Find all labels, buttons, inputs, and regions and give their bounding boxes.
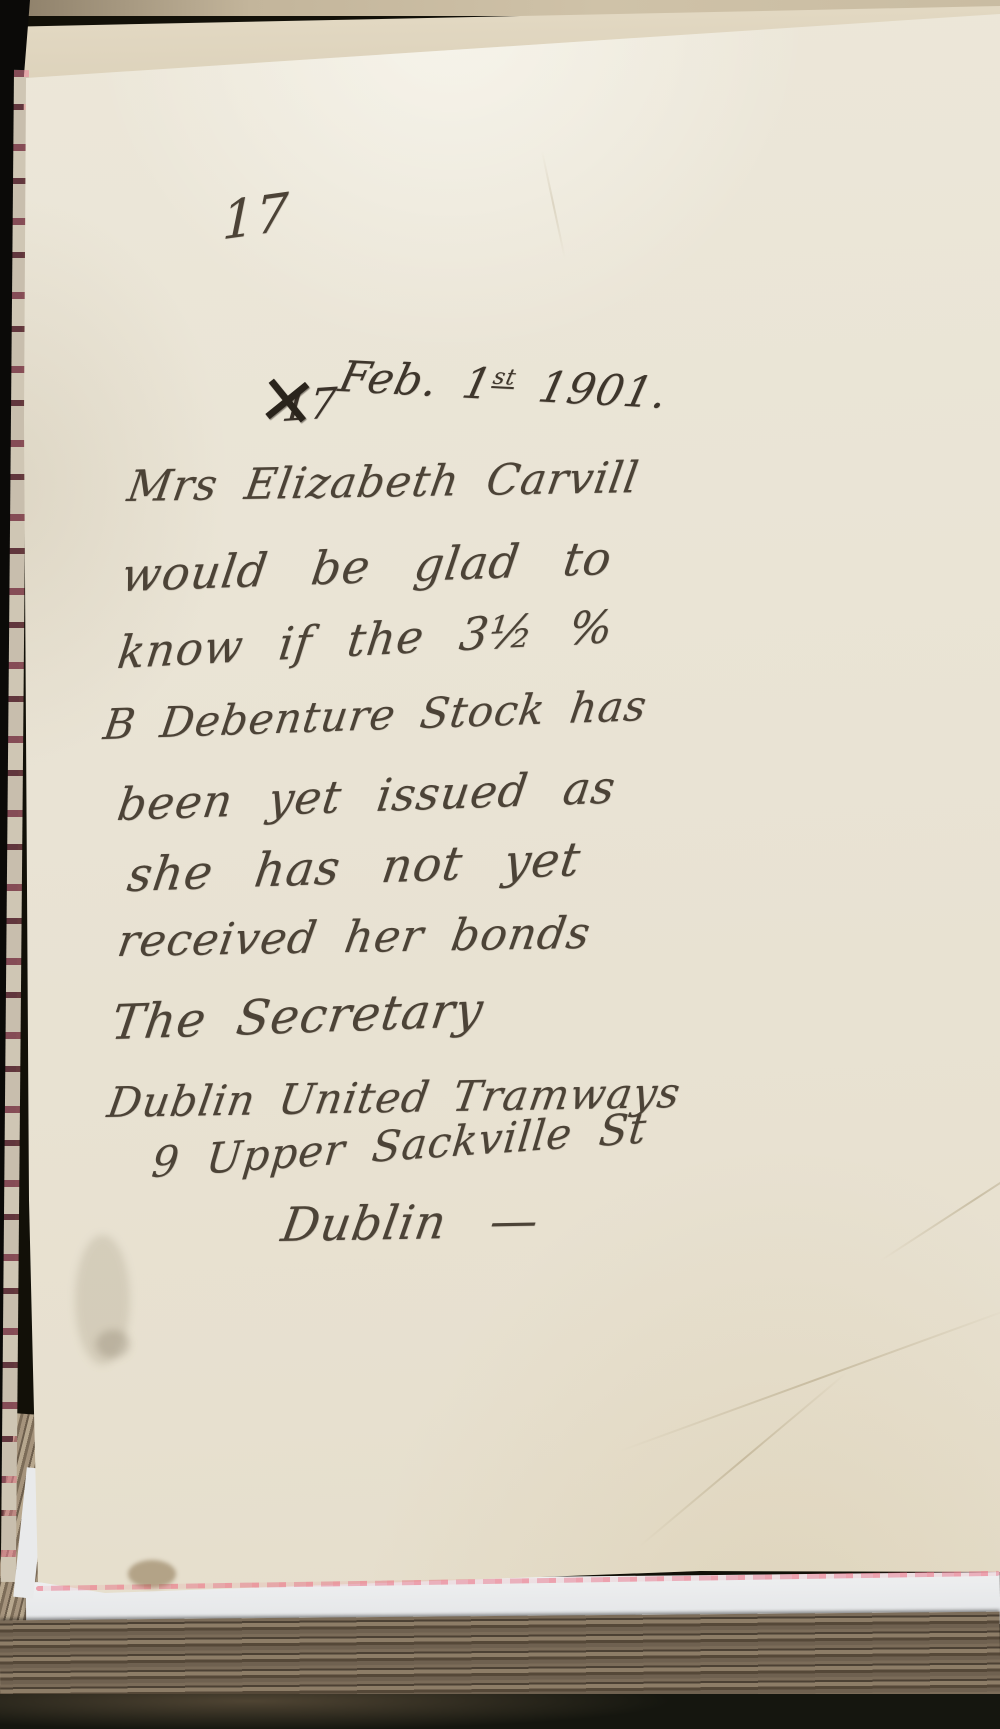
body-line: Mrs Elizabeth Carvill bbox=[124, 453, 642, 512]
letter-book-scan: 17 17 ✕ Feb. 1st 1901. Mrs Elizabeth Car… bbox=[0, 0, 1000, 1729]
paper-stain bbox=[128, 1560, 176, 1588]
paper-stain bbox=[96, 1330, 130, 1358]
page-number: 17 bbox=[221, 182, 290, 252]
dateline-prefix: Feb. 1 bbox=[334, 352, 497, 409]
body-line: received her bonds bbox=[114, 908, 594, 967]
strikeout-x-mark: ✕ bbox=[254, 358, 322, 446]
background-shadow bbox=[0, 1694, 1000, 1729]
recipient-line: Dublin — bbox=[278, 1193, 543, 1253]
dateline-year: 1901. bbox=[508, 361, 673, 419]
